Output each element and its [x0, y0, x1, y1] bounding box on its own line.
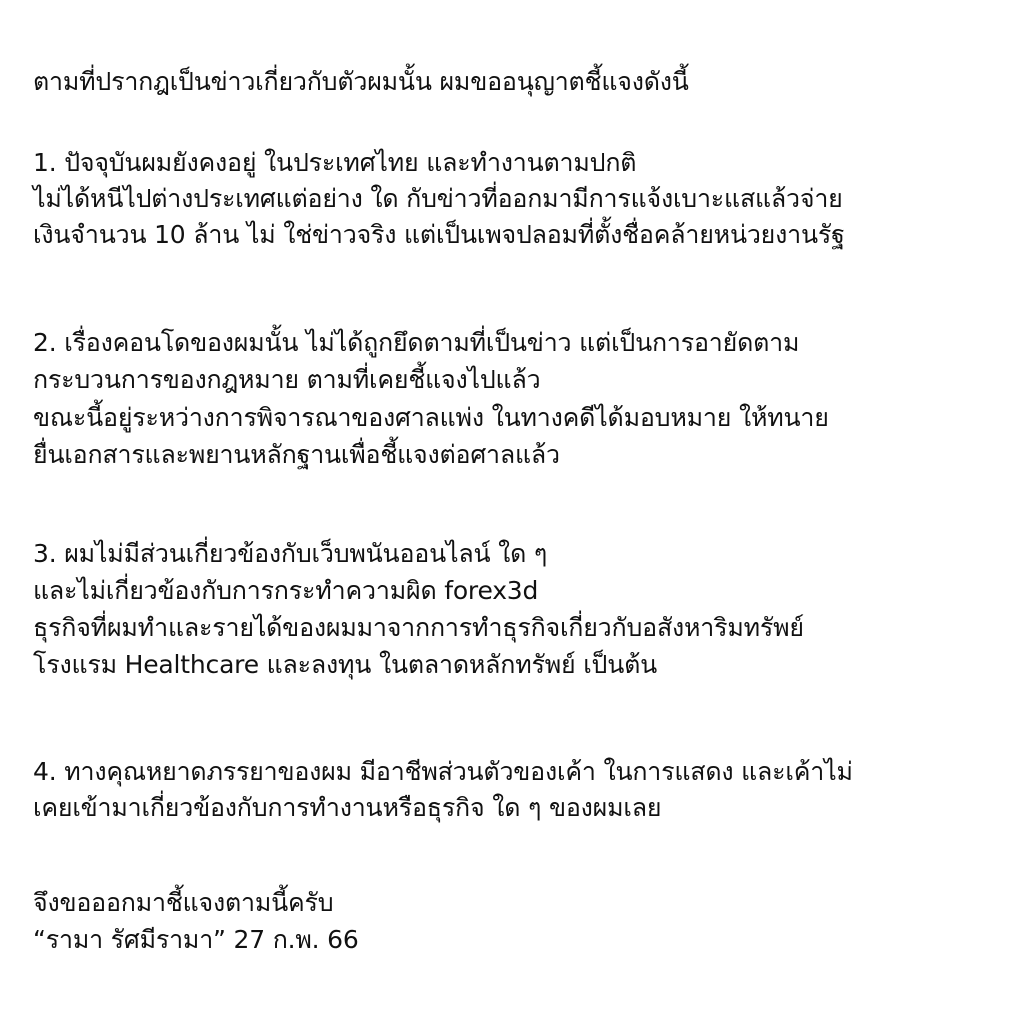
point-3-line-3: ธุรกิจที่ผมทำและรายได้ของผมมาจากการทำธุร…	[33, 610, 804, 646]
point-1-line-1: 1. ปัจจุบันผมยังคงอยู่ ในประเทศไทย และทำ…	[33, 145, 636, 181]
closing-line: จึงขอออกมาชี้แจงตามนี้ครับ	[33, 885, 333, 921]
point-1-line-2: ไม่ได้หนีไปต่างประเทศแต่อย่าง ใด กับข่าว…	[33, 181, 843, 217]
signature-line: “รามา รัศมีรามา” 27 ก.พ. 66	[33, 922, 359, 958]
point-2-line-1: 2. เรื่องคอนโดของผมนั้น ไม่ได้ถูกยึดตามท…	[33, 325, 799, 361]
point-2-line-2: กระบวนการของกฎหมาย ตามที่เคยชี้แจงไปแล้ว	[33, 362, 540, 398]
point-4-line-2: เคยเข้ามาเกี่ยวข้องกับการทำงานหรือธุรกิจ…	[33, 790, 661, 826]
point-3-line-2: และไม่เกี่ยวข้องกับการกระทำความผิด forex…	[33, 573, 538, 609]
point-2-line-3: ขณะนี้อยู่ระหว่างการพิจารณาของศาลแพ่ง ใน…	[33, 400, 829, 436]
point-3-line-4: โรงแรม Healthcare และลงทุน ในตลาดหลักทรั…	[33, 647, 657, 683]
intro-line: ตามที่ปรากฎเป็นข่าวเกี่ยวกับตัวผมนั้น ผม…	[33, 64, 689, 100]
point-3-line-1: 3. ผมไม่มีส่วนเกี่ยวข้องกับเว็บพนันออนไล…	[33, 536, 547, 572]
point-4-line-1: 4. ทางคุณหยาดภรรยาของผม มีอาชีพส่วนตัวขอ…	[33, 754, 853, 790]
point-1-line-3: เงินจำนวน 10 ล้าน ไม่ ใช่ข่าวจริง แต่เป็…	[33, 217, 845, 253]
point-2-line-4: ยื่นเอกสารและพยานหลักฐานเพื่อชี้แจงต่อศา…	[33, 437, 560, 473]
